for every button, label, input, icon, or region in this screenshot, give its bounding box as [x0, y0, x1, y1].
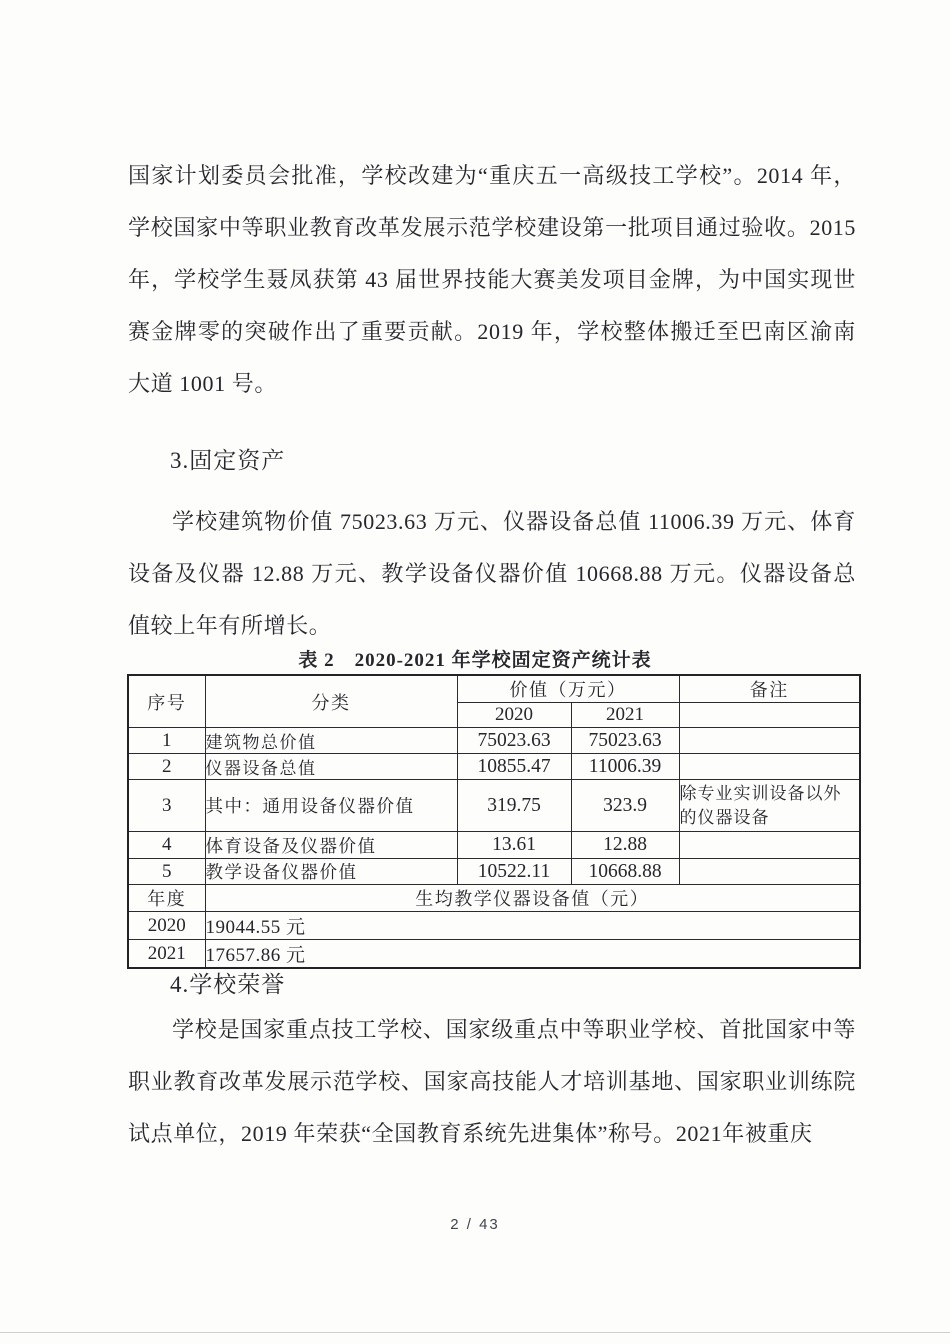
cell-value-2020: 10855.47	[457, 754, 571, 780]
cell-remark: 除专业实训设备以外的仪器设备	[679, 780, 860, 832]
per-student-row: 2020 19044.55 元	[128, 912, 860, 940]
cell-category: 体育设备及仪器价值	[205, 832, 457, 859]
table-header-row-1: 序号 分类 价值（万元） 备注	[128, 675, 860, 703]
col-header-category: 分类	[205, 675, 457, 728]
cell-seq: 3	[128, 780, 205, 832]
scan-edge-line	[0, 1332, 950, 1333]
paragraph-school-honors: 学校是国家重点技工学校、国家级重点中等职业学校、首批国家中等职业教育改革发展示范…	[128, 1004, 856, 1160]
cell-value-2021: 10668.88	[571, 859, 679, 885]
col-header-2021: 2021	[571, 703, 679, 728]
section-heading-fixed-assets: 3.固定资产	[170, 442, 285, 475]
table-row: 5 教学设备仪器价值 10522.11 10668.88	[128, 859, 860, 885]
cell-value-2020: 319.75	[457, 780, 571, 832]
col-header-value-group: 价值（万元）	[457, 675, 679, 703]
page-number: 2 / 43	[0, 1216, 950, 1233]
table-row: 1 建筑物总价值 75023.63 75023.63	[128, 728, 860, 754]
cell-value-2020: 10522.11	[457, 859, 571, 885]
table-caption: 表 2 2020-2021 年学校固定资产统计表	[0, 645, 950, 672]
cell-seq: 4	[128, 832, 205, 859]
col-header-2020: 2020	[457, 703, 571, 728]
document-page: 国家计划委员会批准，学校改建为“重庆五一高级技工学校”。2014 年，学校国家中…	[0, 0, 950, 1344]
table-row: 4 体育设备及仪器价值 13.61 12.88	[128, 832, 860, 859]
cell-per-student-value: 19044.55 元	[205, 912, 860, 940]
table-row: 2 仪器设备总值 10855.47 11006.39	[128, 754, 860, 780]
paragraph-school-history: 国家计划委员会批准，学校改建为“重庆五一高级技工学校”。2014 年，学校国家中…	[128, 150, 856, 410]
cell-category: 仪器设备总值	[205, 754, 457, 780]
cell-value-2021: 11006.39	[571, 754, 679, 780]
cell-remark	[679, 754, 860, 780]
cell-category: 建筑物总价值	[205, 728, 457, 754]
per-student-row: 2021 17657.86 元	[128, 940, 860, 969]
cell-year: 2020	[128, 912, 205, 940]
cell-per-student-title: 生均教学仪器设备值（元）	[205, 885, 860, 912]
cell-seq: 2	[128, 754, 205, 780]
cell-year: 2021	[128, 940, 205, 969]
cell-year-label: 年度	[128, 885, 205, 912]
section-heading-school-honors: 4.学校荣誉	[170, 966, 285, 999]
cell-remark	[679, 859, 860, 885]
col-header-remark: 备注	[679, 675, 860, 703]
cell-remark	[679, 728, 860, 754]
cell-category: 教学设备仪器价值	[205, 859, 457, 885]
col-header-seq: 序号	[128, 675, 205, 728]
cell-value-2021: 75023.63	[571, 728, 679, 754]
cell-seq: 5	[128, 859, 205, 885]
col-header-remark-empty	[679, 703, 860, 728]
cell-value-2021: 323.9	[571, 780, 679, 832]
cell-seq: 1	[128, 728, 205, 754]
cell-value-2020: 13.61	[457, 832, 571, 859]
cell-value-2020: 75023.63	[457, 728, 571, 754]
paragraph-fixed-assets: 学校建筑物价值 75023.63 万元、仪器设备总值 11006.39 万元、体…	[128, 496, 856, 652]
per-student-header-row: 年度 生均教学仪器设备值（元）	[128, 885, 860, 912]
table-row: 3 其中：通用设备仪器价值 319.75 323.9 除专业实训设备以外的仪器设…	[128, 780, 860, 832]
fixed-assets-table: 序号 分类 价值（万元） 备注 2020 2021 1 建筑物总价值 75023…	[127, 674, 861, 969]
cell-remark	[679, 832, 860, 859]
cell-per-student-value: 17657.86 元	[205, 940, 860, 969]
cell-category: 其中：通用设备仪器价值	[205, 780, 457, 832]
cell-value-2021: 12.88	[571, 832, 679, 859]
